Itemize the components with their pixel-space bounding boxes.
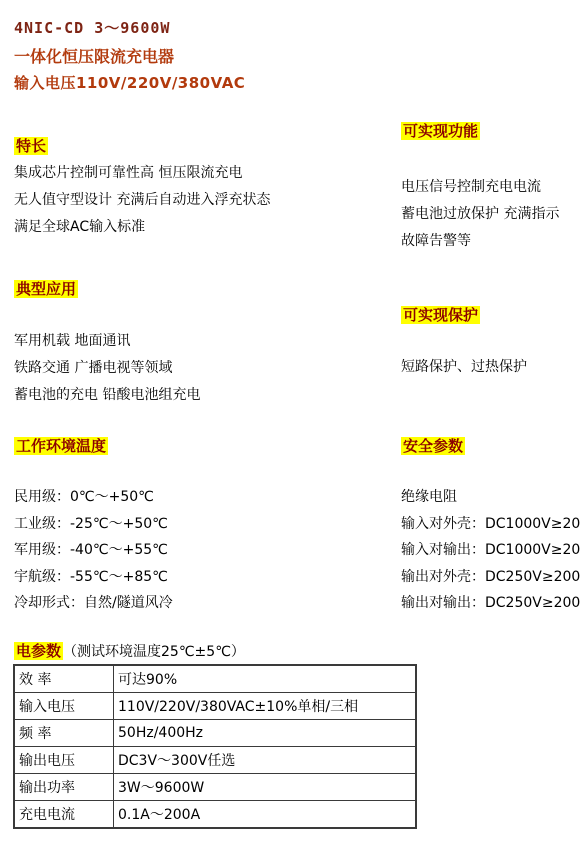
table-row: 频 率 50Hz/400Hz <box>14 720 416 747</box>
product-model-title: 4NIC-CD 3～9600W <box>14 17 170 38</box>
operating-temp-item: 工业级：-25℃～+50℃ <box>14 510 173 537</box>
param-value: 3W～9600W <box>114 774 417 801</box>
safety-item: 输出对输出：DC250V≥200MΩ <box>401 589 580 616</box>
param-label: 输出电压 <box>14 747 114 774</box>
section-heading-functions: 可实现功能 <box>401 121 480 140</box>
protections-item: 短路保护、过热保护 <box>401 352 527 379</box>
table-row: 输入电压 110V/220V/380VAC±10%单相/三相 <box>14 693 416 720</box>
param-label: 效 率 <box>14 665 114 693</box>
operating-temp-heading-label: 工作环境温度 <box>14 437 108 455</box>
safety-heading-label: 安全参数 <box>401 437 465 455</box>
functions-item: 电压信号控制充电电流 <box>401 172 559 199</box>
param-label: 充电电流 <box>14 801 114 829</box>
safety-item: 输入对输出：DC1000V≥200MΩ <box>401 536 580 563</box>
table-row: 输出电压 DC3V～300V任选 <box>14 747 416 774</box>
features-item: 无人值守型设计 充满后自动进入浮充状态 <box>14 185 270 212</box>
functions-item: 故障告警等 <box>401 226 559 253</box>
operating-temp-item: 冷却形式：自然/隧道风冷 <box>14 589 173 616</box>
operating-temp-item: 民用级：0℃～+50℃ <box>14 483 173 510</box>
param-value: 0.1A～200A <box>114 801 417 829</box>
safety-item: 输出对外壳：DC250V≥200MΩ <box>401 563 580 590</box>
operating-temp-item: 军用级：-40℃～+55℃ <box>14 536 173 563</box>
param-label: 频 率 <box>14 720 114 747</box>
applications-item: 蓄电池的充电 铅酸电池组充电 <box>14 380 200 407</box>
features-list: 集成芯片控制可靠性高 恒压限流充电 无人值守型设计 充满后自动进入浮充状态 满足… <box>14 158 270 239</box>
param-label: 输出功率 <box>14 774 114 801</box>
input-voltage-title: 输入电压110V/220V/380VAC <box>14 72 245 93</box>
features-item: 集成芯片控制可靠性高 恒压限流充电 <box>14 158 270 185</box>
table-row: 输出功率 3W～9600W <box>14 774 416 801</box>
electrical-heading-label: 电参数 <box>14 642 63 660</box>
param-value: 110V/220V/380VAC±10%单相/三相 <box>114 693 417 720</box>
table-row: 充电电流 0.1A～200A <box>14 801 416 829</box>
section-heading-protections: 可实现保护 <box>401 305 480 324</box>
safety-list: 绝缘电阻 输入对外壳：DC1000V≥200MΩ 输入对输出：DC1000V≥2… <box>401 483 580 616</box>
param-value: DC3V～300V任选 <box>114 747 417 774</box>
section-heading-electrical: 电参数（测试环境温度25℃±5℃） <box>14 641 245 661</box>
electrical-test-condition-note: （测试环境温度25℃±5℃） <box>63 644 245 660</box>
protections-heading-label: 可实现保护 <box>401 306 480 324</box>
spec-sheet-page: 4NIC-CD 3～9600W 一体化恒压限流充电器 输入电压110V/220V… <box>0 0 580 853</box>
protections-list: 短路保护、过热保护 <box>401 352 527 379</box>
section-heading-safety: 安全参数 <box>401 436 465 455</box>
param-value: 50Hz/400Hz <box>114 720 417 747</box>
applications-list: 军用机载 地面通讯 铁路交通 广播电视等领域 蓄电池的充电 铅酸电池组充电 <box>14 326 200 407</box>
product-name-title: 一体化恒压限流充电器 <box>14 44 174 67</box>
safety-item: 绝缘电阻 <box>401 483 580 510</box>
param-value: 可达90% <box>114 665 417 693</box>
functions-item: 蓄电池过放保护 充满指示 <box>401 199 559 226</box>
operating-temp-list: 民用级：0℃～+50℃ 工业级：-25℃～+50℃ 军用级：-40℃～+55℃ … <box>14 483 173 616</box>
applications-item: 铁路交通 广播电视等领域 <box>14 353 200 380</box>
functions-heading-label: 可实现功能 <box>401 122 480 140</box>
electrical-parameters-table: 效 率 可达90% 输入电压 110V/220V/380VAC±10%单相/三相… <box>13 664 417 829</box>
applications-item: 军用机载 地面通讯 <box>14 326 200 353</box>
functions-list: 电压信号控制充电电流 蓄电池过放保护 充满指示 故障告警等 <box>401 172 559 253</box>
table-row: 效 率 可达90% <box>14 665 416 693</box>
param-label: 输入电压 <box>14 693 114 720</box>
section-heading-features: 特长 <box>14 136 48 155</box>
applications-heading-label: 典型应用 <box>14 280 78 298</box>
features-heading-label: 特长 <box>14 137 48 155</box>
operating-temp-item: 宇航级：-55℃～+85℃ <box>14 563 173 590</box>
features-item: 满足全球AC输入标准 <box>14 212 270 239</box>
section-heading-operating-temp: 工作环境温度 <box>14 436 108 455</box>
section-heading-applications: 典型应用 <box>14 279 78 298</box>
safety-item: 输入对外壳：DC1000V≥200MΩ <box>401 510 580 537</box>
